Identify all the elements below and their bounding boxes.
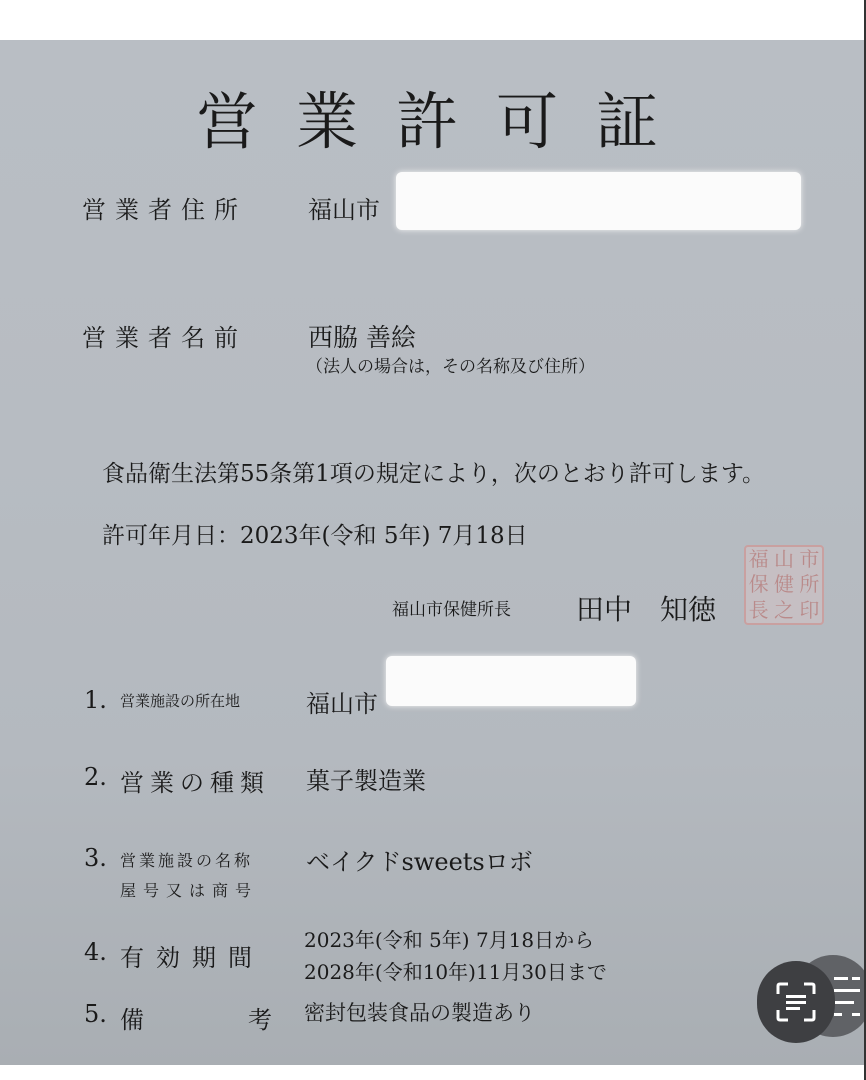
seal-char: 福 <box>746 547 771 572</box>
issuer-name: 田中 知徳 <box>576 588 716 628</box>
redaction-address <box>396 172 801 230</box>
item-value-business-type: 菓子製造業 <box>306 761 426 796</box>
item-value-location: 福山市 <box>306 684 378 719</box>
seal-char: 長 <box>746 598 771 623</box>
seal-char: 市 <box>797 547 822 572</box>
item-number: 3. <box>84 844 107 872</box>
seal-char: 之 <box>771 598 796 623</box>
item-label-business-type: 営業の種類 <box>120 763 270 798</box>
seal-char: 印 <box>797 598 822 623</box>
item-value-facility-name: ベイクドsweetsロボ <box>306 842 533 877</box>
item-label-remarks: 備 考 <box>120 1000 280 1035</box>
scan-text-button[interactable] <box>757 961 835 1043</box>
operator-address-value: 福山市 <box>308 190 380 225</box>
official-seal: 福 山 市 保 健 所 長 之 印 <box>744 545 824 625</box>
permit-date: 許可年月日：2023年(令和 5年) 7月18日 <box>102 517 528 550</box>
seal-char: 健 <box>771 572 796 597</box>
item-label-facility-name: 営業施設の名称 <box>120 848 253 871</box>
seal-char: 保 <box>746 572 771 597</box>
redaction-location <box>386 656 636 706</box>
item-label-trade-name: 屋号又は商号 <box>120 878 258 901</box>
seal-char: 山 <box>771 547 796 572</box>
text-scan-icon <box>774 980 818 1024</box>
item-value-valid-until: 2028年(令和10年)11月30日まで <box>304 956 607 985</box>
item-number: 5. <box>84 1000 107 1028</box>
item-number: 1. <box>84 686 107 714</box>
item-value-valid-from: 2023年(令和 5年) 7月18日から <box>304 924 594 953</box>
permit-statement: 食品衛生法第55条第1項の規定により，次のとおり許可します。 <box>102 455 765 488</box>
operator-name-label: 営業者名前 <box>82 318 247 353</box>
seal-char: 所 <box>797 572 822 597</box>
operator-name-note: （法人の場合は，その名称及び住所） <box>306 352 595 377</box>
item-value-remarks: 密封包装食品の製造あり <box>304 997 535 1027</box>
item-label-validity: 有効期間 <box>120 938 264 973</box>
item-number: 2. <box>84 763 107 791</box>
operator-address-label: 営業者住所 <box>82 190 247 225</box>
document-title: 営業許可証 <box>196 72 696 161</box>
item-label-location: 営業施設の所在地 <box>120 690 240 711</box>
operator-name-value: 西脇 善絵 <box>308 318 416 354</box>
issuer-title: 福山市保健所長 <box>392 595 511 620</box>
item-number: 4. <box>84 938 107 966</box>
